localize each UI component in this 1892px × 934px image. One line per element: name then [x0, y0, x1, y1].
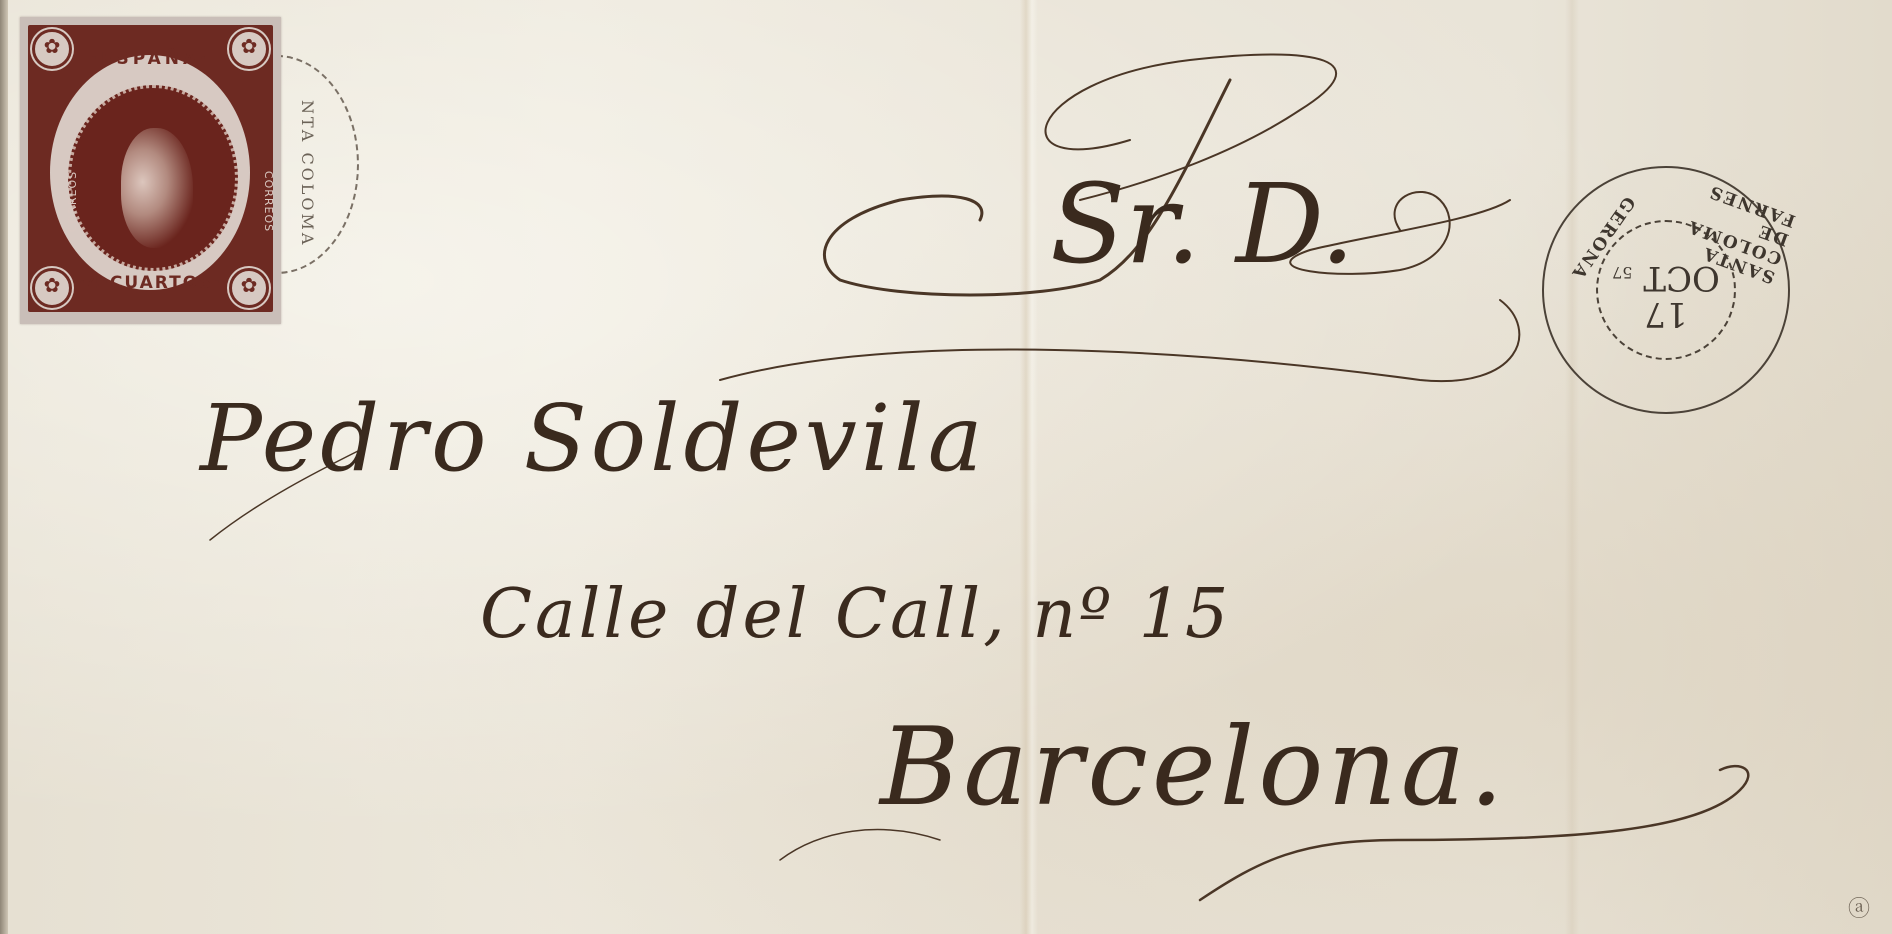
- postal-cover: NTA COLOMA CORREOS CORREOS ·ESPAÑA· ·4·C…: [0, 0, 1892, 934]
- corner-mark-icon: ⓐ: [1848, 892, 1870, 923]
- recipient-name: Pedro Soldevila: [200, 385, 987, 492]
- salutation: Sr. D.: [1050, 160, 1355, 288]
- recipient-city: Barcelona.: [880, 705, 1508, 830]
- recipient-street: Calle del Call, nº 15: [480, 575, 1231, 654]
